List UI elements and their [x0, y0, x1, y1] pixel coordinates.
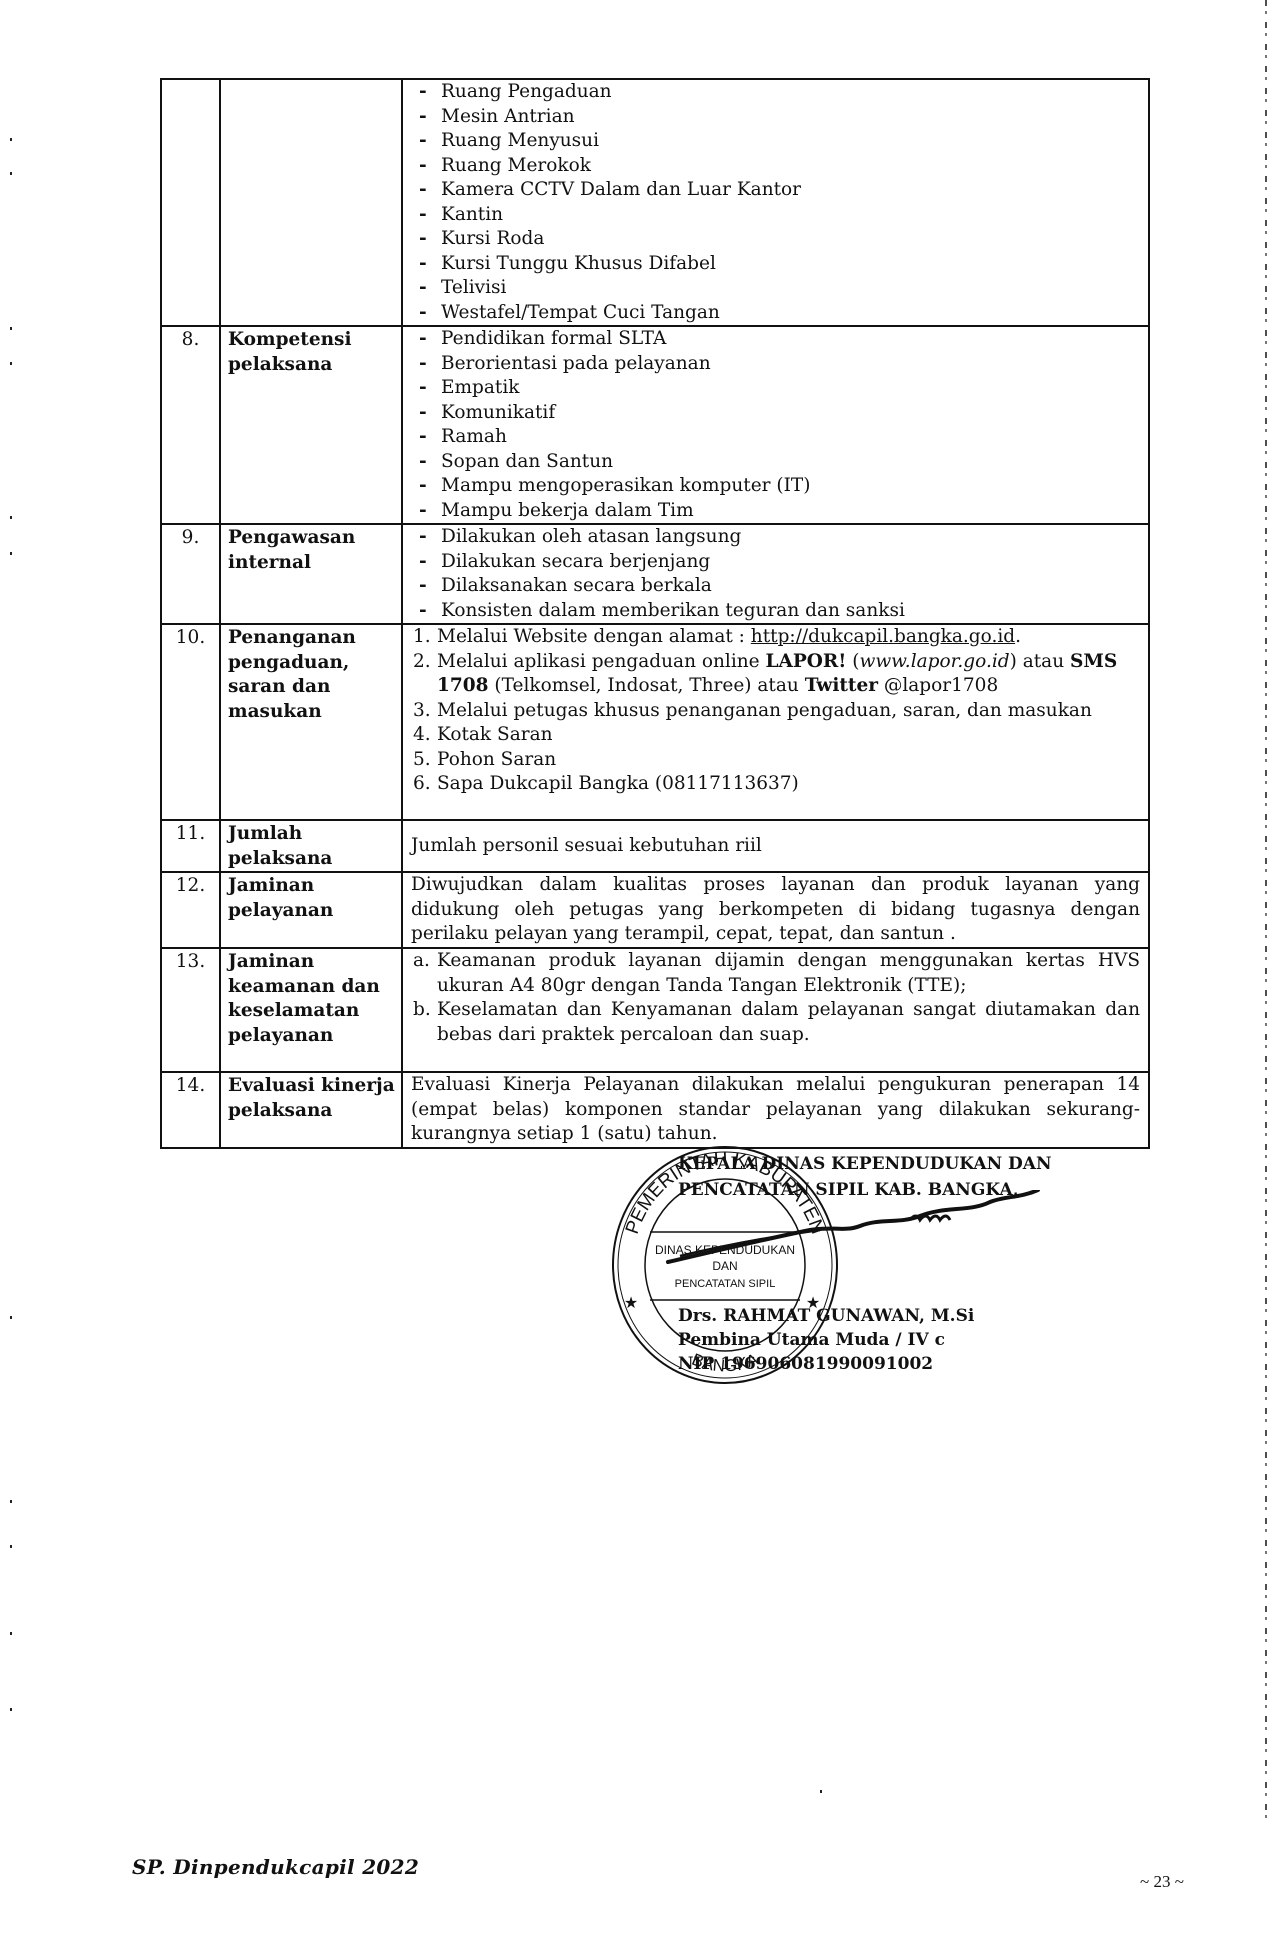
list-text: Kotak Saran: [437, 724, 553, 745]
table-row: 13. Jaminan keamanan dan keselamatan pel…: [161, 948, 1149, 1072]
signatory-title-line1: KEPALA DINAS KEPENDUDUKAN DAN: [678, 1152, 1052, 1177]
component-description: Diwujudkan dalam kualitas proses layanan…: [402, 872, 1149, 948]
twitter-handle: @lapor1708: [878, 675, 998, 696]
row-number: 11.: [161, 820, 220, 872]
list-marker: b.: [413, 998, 431, 1023]
list-item: Mesin Antrian: [411, 105, 1140, 130]
list-item: 3. Melalui petugas khusus penanganan pen…: [411, 699, 1140, 724]
list-marker: 6.: [413, 772, 431, 797]
table-row: 8. Kompetensi pelaksana Pendidikan forma…: [161, 326, 1149, 524]
list-item: Sopan dan Santun: [411, 450, 1140, 475]
twitter-label: Twitter: [805, 675, 878, 696]
list-marker: 5.: [413, 748, 431, 773]
list-item: Berorientasi pada pelayanan: [411, 352, 1140, 377]
component-description: Pendidikan formal SLTA Berorientasi pada…: [402, 326, 1149, 524]
list-item: Ruang Menyusui: [411, 129, 1140, 154]
competency-list: Pendidikan formal SLTA Berorientasi pada…: [411, 327, 1140, 523]
row-number: 13.: [161, 948, 220, 1072]
list-item: Ramah: [411, 425, 1140, 450]
list-item: Telivisi: [411, 276, 1140, 301]
list-item: Kantin: [411, 203, 1140, 228]
row-number: 9.: [161, 524, 220, 624]
component-description: Dilakukan oleh atasan langsung Dilakukan…: [402, 524, 1149, 624]
scan-speck: [10, 1708, 12, 1711]
supervision-list: Dilakukan oleh atasan langsung Dilakukan…: [411, 525, 1140, 623]
list-marker: 2.: [413, 650, 431, 675]
list-item: Mampu bekerja dalam Tim: [411, 499, 1140, 524]
scan-speck: [10, 138, 12, 141]
star-icon: ★: [624, 1293, 638, 1312]
signatory-title-line2: PENCATATAN SIPIL KAB. BANGKA,: [678, 1178, 1019, 1203]
component-name: Jaminan keamanan dan keselamatan pelayan…: [220, 948, 402, 1072]
scan-speck: [10, 362, 12, 365]
list-text: (Telkomsel, Indosat, Three) atau: [489, 675, 805, 696]
signatory-rank: Pembina Utama Muda / IV c: [678, 1328, 945, 1353]
signatory-nip: NIP 196906081990091002: [678, 1352, 933, 1377]
list-item: Kursi Roda: [411, 227, 1140, 252]
list-item: Dilakukan oleh atasan langsung: [411, 525, 1140, 550]
list-item: Westafel/Tempat Cuci Tangan: [411, 301, 1140, 326]
list-item: Komunikatif: [411, 401, 1140, 426]
component-name: Penanganan pengaduan, saran dan masukan: [220, 624, 402, 820]
page-number: ~ 23 ~: [1140, 1872, 1184, 1892]
list-item: 5. Pohon Saran: [411, 748, 1140, 773]
list-item: b. Keselamatan dan Kenyamanan dalam pela…: [411, 998, 1140, 1047]
list-item: Ruang Merokok: [411, 154, 1140, 179]
list-marker: 3.: [413, 699, 431, 724]
scan-speck: [10, 1545, 12, 1548]
component-description: Evaluasi Kinerja Pelayanan dilakukan mel…: [402, 1072, 1149, 1148]
document-footer: SP. Dinpendukcapil 2022: [132, 1855, 419, 1879]
list-text: .: [1015, 626, 1021, 647]
list-marker: a.: [413, 949, 430, 974]
list-item: Pendidikan formal SLTA: [411, 327, 1140, 352]
component-description: Jumlah personil sesuai kebutuhan riil: [402, 820, 1149, 872]
list-text: Melalui aplikasi pengaduan online: [437, 651, 766, 672]
component-name: Kompetensi pelaksana: [220, 326, 402, 524]
signatory-name: Drs. RAHMAT GUNAWAN, M.Si: [678, 1304, 974, 1329]
row-number: 8.: [161, 326, 220, 524]
service-standard-table: Ruang Pengaduan Mesin Antrian Ruang Meny…: [160, 78, 1150, 1149]
complaint-channel-list: 1. Melalui Website dengan alamat : http:…: [411, 625, 1140, 797]
scan-edge-artifact: [1265, 0, 1267, 1820]
list-item: Mampu mengoperasikan komputer (IT): [411, 474, 1140, 499]
list-item: Dilakukan secara berjenjang: [411, 550, 1140, 575]
component-name: Pengawasan internal: [220, 524, 402, 624]
list-text: Keselamatan dan Kenyamanan dalam pelayan…: [437, 999, 1140, 1045]
component-description: Ruang Pengaduan Mesin Antrian Ruang Meny…: [402, 79, 1149, 326]
facility-list: Ruang Pengaduan Mesin Antrian Ruang Meny…: [411, 80, 1140, 325]
row-number: [161, 79, 220, 326]
list-item: Kursi Tunggu Khusus Difabel: [411, 252, 1140, 277]
list-text: ) atau: [1010, 651, 1070, 672]
scan-speck: [10, 1500, 12, 1503]
list-item: 4. Kotak Saran: [411, 723, 1140, 748]
list-marker: 4.: [413, 723, 431, 748]
list-item: 6. Sapa Dukcapil Bangka (08117113637): [411, 772, 1140, 797]
table-row: 14. Evaluasi kinerja pelaksana Evaluasi …: [161, 1072, 1149, 1148]
list-item: Empatik: [411, 376, 1140, 401]
list-item: Dilaksanakan secara berkala: [411, 574, 1140, 599]
list-text: Melalui petugas khusus penanganan pengad…: [437, 700, 1092, 721]
list-text: Sapa Dukcapil Bangka (08117113637): [437, 773, 799, 794]
list-item: Konsisten dalam memberikan teguran dan s…: [411, 599, 1140, 624]
website-link[interactable]: http://dukcapil.bangka.go.id: [751, 626, 1015, 647]
scan-speck: [10, 1632, 12, 1635]
list-text: Keamanan produk layanan dijamin dengan m…: [437, 950, 1140, 996]
lapor-link[interactable]: www.lapor.go.id: [860, 651, 1010, 672]
list-item: 1. Melalui Website dengan alamat : http:…: [411, 625, 1140, 650]
list-item: a. Keamanan produk layanan dijamin denga…: [411, 949, 1140, 998]
row-number: 14.: [161, 1072, 220, 1148]
list-item: Ruang Pengaduan: [411, 80, 1140, 105]
table-row: 10. Penanganan pengaduan, saran dan masu…: [161, 624, 1149, 820]
scan-speck: [10, 552, 12, 555]
scan-speck: [10, 172, 12, 175]
scan-speck: [10, 1316, 12, 1319]
list-item: 2. Melalui aplikasi pengaduan online LAP…: [411, 650, 1140, 699]
lapor-label: LAPOR!: [766, 651, 847, 672]
list-item: Kamera CCTV Dalam dan Luar Kantor: [411, 178, 1140, 203]
component-name: Jaminan pelayanan: [220, 872, 402, 948]
table-row: 12. Jaminan pelayanan Diwujudkan dalam k…: [161, 872, 1149, 948]
component-name: Evaluasi kinerja pelaksana: [220, 1072, 402, 1148]
stamp-center-line3: PENCATATAN SIPIL: [675, 1278, 776, 1290]
safety-guarantee-list: a. Keamanan produk layanan dijamin denga…: [411, 949, 1140, 1047]
row-number: 10.: [161, 624, 220, 820]
scan-speck: [820, 1790, 822, 1793]
list-text: (: [846, 651, 859, 672]
list-marker: 1.: [413, 625, 431, 650]
table-row: Ruang Pengaduan Mesin Antrian Ruang Meny…: [161, 79, 1149, 326]
list-text: Pohon Saran: [437, 749, 556, 770]
component-name: Jumlah pelaksana: [220, 820, 402, 872]
component-name: [220, 79, 402, 326]
row-number: 12.: [161, 872, 220, 948]
scan-speck: [10, 327, 12, 330]
scan-speck: [10, 516, 12, 519]
list-text: Melalui Website dengan alamat :: [437, 626, 751, 647]
table-row: 11. Jumlah pelaksana Jumlah personil ses…: [161, 820, 1149, 872]
component-description: 1. Melalui Website dengan alamat : http:…: [402, 624, 1149, 820]
component-description: a. Keamanan produk layanan dijamin denga…: [402, 948, 1149, 1072]
table-row: 9. Pengawasan internal Dilakukan oleh at…: [161, 524, 1149, 624]
